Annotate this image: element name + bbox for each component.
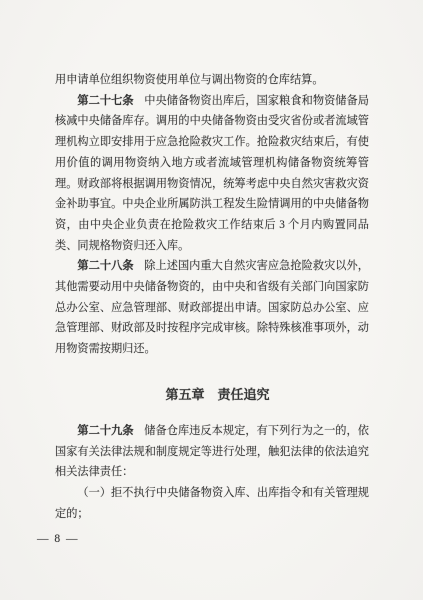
article-28-number: 第二十八条 <box>77 260 133 272</box>
article-28: 第二十八条除上述国内重大自然灾害应急抢险救灾以外，其他需要动用中央储备物资的，由… <box>55 256 369 360</box>
scanned-document-page: 用申请单位组织物资使用单位与调出物资的仓库结算。 第二十七条中央储备物资出库后，… <box>0 0 423 600</box>
chapter-5-title: 责任追究 <box>218 387 270 402</box>
article-28-text: 除上述国内重大自然灾害应急抢险救灾以外，其他需要动用中央储备物资的，由中央和省级… <box>55 260 369 355</box>
list-item-1: （一）拒不执行中央储备物资入库、出库指令和有关管理规定的； <box>55 483 369 524</box>
page-number: — 8 — <box>37 533 79 545</box>
document-body: 用申请单位组织物资使用单位与调出物资的仓库结算。 第二十七条中央储备物资出库后，… <box>55 70 369 524</box>
article-29: 第二十九条储备仓库违反本规定，有下列行为之一的，依国家有关法律法规和制度规定等进… <box>55 421 369 483</box>
article-27-text: 中央储备物资出库后，国家粮食和物资储备局核减中央储备库存。调用的中央储备物资由受… <box>55 95 369 252</box>
chapter-5-heading: 第五章责任追究 <box>66 385 369 405</box>
article-29-number: 第二十九条 <box>77 425 133 437</box>
chapter-5-number: 第五章 <box>165 387 204 402</box>
paragraph-continuation: 用申请单位组织物资使用单位与调出物资的仓库结算。 <box>55 70 369 91</box>
article-27: 第二十七条中央储备物资出库后，国家粮食和物资储备局核减中央储备库存。调用的中央储… <box>55 91 369 257</box>
article-27-number: 第二十七条 <box>77 95 133 107</box>
